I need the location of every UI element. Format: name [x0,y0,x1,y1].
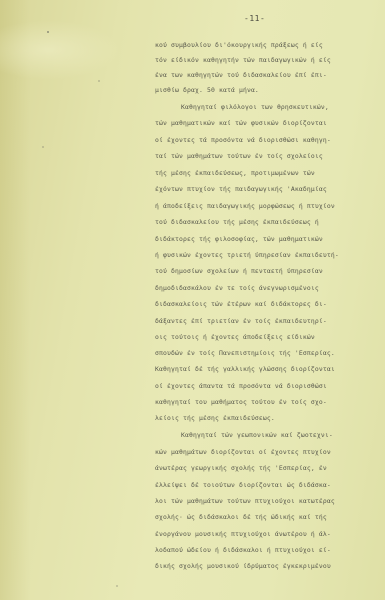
text-line: λοι τών μαθημάτων τούτων πτυχιούχοι κατω… [155,497,377,505]
paper-speck [116,585,118,587]
text-line: ένοργάνου μουσικής πτυχιούχοι άνωτέρου ή… [155,530,377,538]
text-line: καθηγηταί του μαθήματος τούτου έν τοίς σ… [155,398,377,406]
text-line: Καθηγηταί φιλόλογοι των θρησκευτικών, [181,103,377,111]
text-line: οί έχοντες άπαντα τά προσόντα νά διορισθ… [155,382,377,390]
text-line: λοδαπού ώδείου ή διδάσκαλοι ή πτυχιούχοι… [155,546,377,554]
text-line: σχολής· ώς διδάσκαλοι δέ τής ώδικής καί … [155,513,377,521]
text-line: διδάκτορες τής φιλοσοφίας, τών μαθηματικ… [155,235,377,243]
page-number: -11- [244,14,265,23]
text-line: ή άποδείξεις παιδαγωγικής μορφώσεως ή πτ… [155,202,377,210]
text-line: άνωτέρας γεωργικής σχολής τής 'Εσπερίας,… [155,464,377,472]
text-line: Καθηγηταί τών γεωπονικών καί ζωοτεχνι- [181,431,377,439]
text-line: διδασκαλείοις τών έτέρων καί διδάκτορες … [155,300,377,308]
paper-stain [0,20,120,80]
text-line: δημοδιδασκάλου έν τε τοίς άνεγνωρισμένοι… [155,284,377,292]
paper-edge-shadow [0,0,30,600]
text-line: τών μαθηματικών καί τών φυσικών διορίζον… [155,119,377,127]
text-line: ταί τών μαθημάτων τούτων έν τοίς σχολείο… [155,152,377,160]
text-line: κών μαθημάτων διορίζονται οί έχοντες πτυ… [155,448,377,456]
document-page: -11- κού συμβουλίου δι'όκουργικής πράξεω… [0,0,385,600]
text-line: δάξαντες έπί τριετίαν έν τοίς έκπαιδευτη… [155,317,377,325]
paper-speck [98,80,100,82]
text-line: τού διδασκαλείου τής μέσης έκπαιδεύσεως … [155,218,377,226]
text-line: τόν είδικόν καθηγητήν τών παιδαγωγικών ή… [155,56,377,64]
text-line: δικής σχολής μουσικού ίδρύματος έγκεκριμ… [155,562,377,570]
text-line: κού συμβουλίου δι'όκουργικής πράξεως ή ε… [155,41,377,49]
text-line: οί έχοντες τά προσόντα νά διορισθώσι καθ… [155,136,377,144]
text-line: λείοις τής μέσης έκπαιδεύσεως. [155,414,377,422]
text-line: τής μέσης έκπαιδεύσεως, προτιμωμένων τών [155,169,377,177]
paper-speck [42,146,44,148]
text-line: ένα των καθηγητών τού διδασκαλείου έπί έ… [155,71,377,79]
text-line: έχόντων πτυχίον τής παιδαγωγικής 'Ακαδημ… [155,185,377,193]
text-line: Καθηγηταί δέ τής γαλλικής γλώσσης διορίζ… [155,365,377,373]
text-line: ή φυσικών έχοντες τριετή ύπηρεσίαν έκπαι… [155,251,377,259]
paper-speck [47,31,49,33]
text-line: έλλείψει δέ τοιούτων διορίζονται ώς διδά… [155,481,377,489]
text-line: τού δημοσίων σχολείων ή πενταετή ύπηρεσί… [155,267,377,275]
text-line: μισθίω δραχ. 50 κατά μήνα. [155,86,377,94]
text-line: σπουδών έν τοίς Πανεπιστημίοις τής 'Εσπε… [155,349,377,357]
text-line: οις τούτοις ή έχοντες άποδείξεις είδικών [155,333,377,341]
